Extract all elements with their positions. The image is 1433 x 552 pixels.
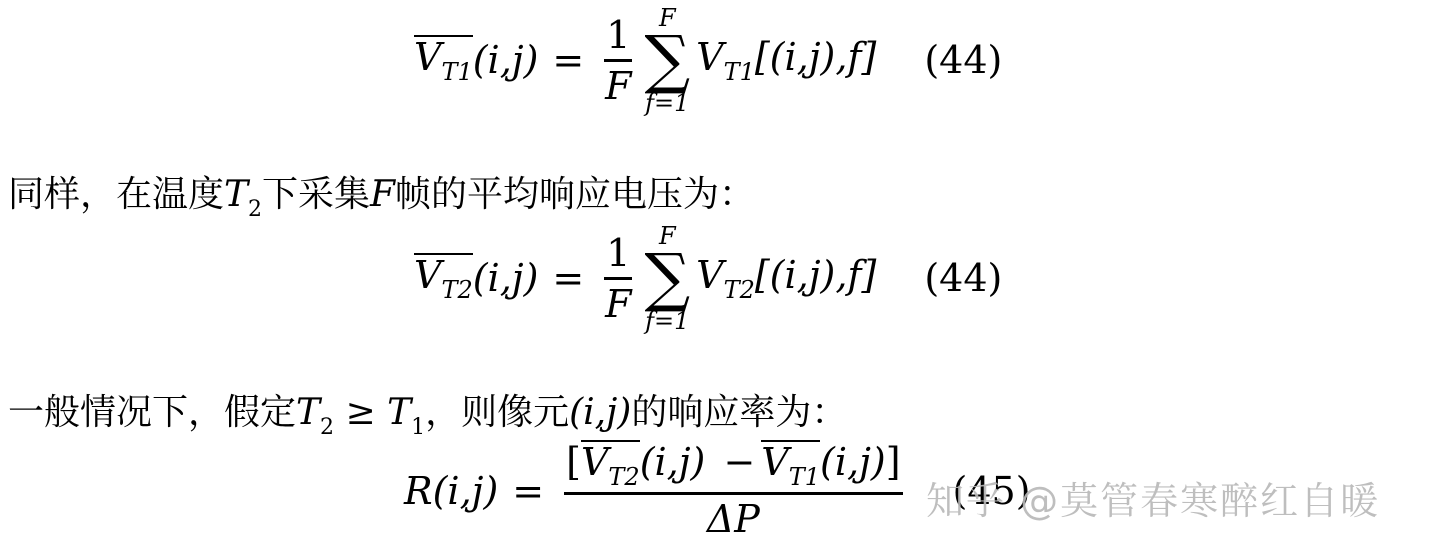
numerator: [VT2(i,j) −VT1(i,j)] [564,440,902,492]
lhs-args: (i,j) [473,38,539,82]
lhs-vbar-t2: VT2 [414,253,473,303]
paragraph-line-2: 一般情况下，假定T2 ≥ T1，则像元(i,j)的响应率为： [8,384,847,440]
summation: F ∑ f=1 [644,6,690,115]
summand: VT2[(i,j),f] [696,253,876,304]
sigma-icon: ∑ [644,30,690,91]
sum-lower-limit: f=1 [645,91,689,115]
lhs-vbar-t1: VT1 [414,35,473,85]
summation: F ∑ f=1 [644,224,690,333]
sigma-icon: ∑ [644,248,690,309]
lhs-args: (i,j) [473,256,539,300]
sum-lower-limit: f=1 [645,309,689,333]
fraction-responsivity: [VT2(i,j) −VT1(i,j)] ΔP [564,440,902,541]
equation-vt1-average: VT1 (i,j) = 1 F F ∑ f=1 VT1[(i,j),f] (44… [414,6,1002,115]
equals-sign: = [552,256,584,300]
equation-vt2-average: VT2 (i,j) = 1 F F ∑ f=1 VT2[(i,j),f] (44… [414,224,1002,333]
paragraph-line-1: 同样，在温度T2下采集F帧的平均响应电压为： [8,166,755,222]
summand: VT1[(i,j),f] [696,35,876,86]
equation-number: (44) [924,38,1002,82]
watermark: 知乎 @莫管春寒醉红自暖 [926,470,1380,525]
equation-number: (44) [924,256,1002,300]
denominator: ΔP [707,495,760,541]
equals-sign: = [552,38,584,82]
equals-sign: = [512,469,544,513]
fraction-1-over-f: 1 F [604,231,632,326]
lhs-r-ij: R(i,j) [404,469,498,513]
fraction-1-over-f: 1 F [604,13,632,108]
